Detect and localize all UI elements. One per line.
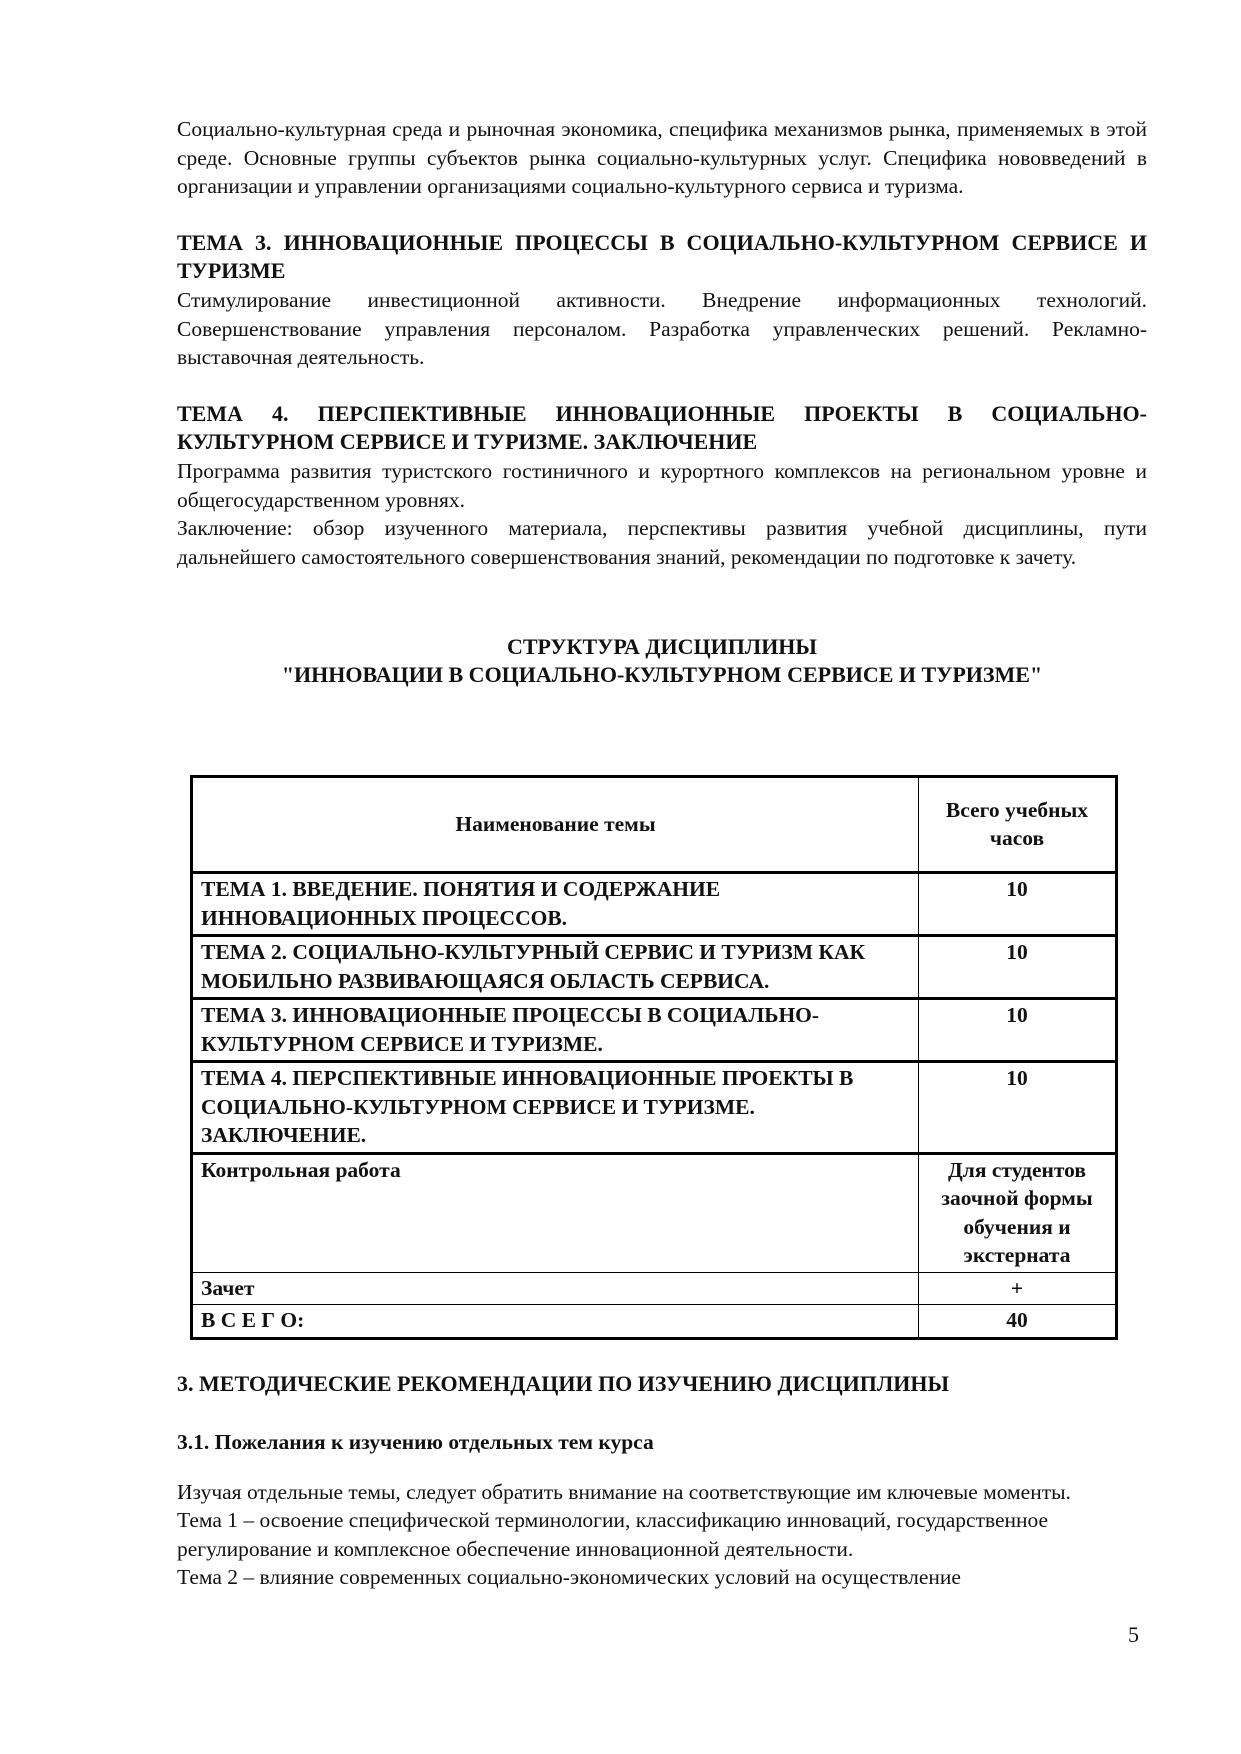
table-row: ТЕМА 3. ИННОВАЦИОННЫЕ ПРОЦЕССЫ В СОЦИАЛЬ… <box>192 999 1117 1062</box>
row-hours: 40 <box>919 1305 1117 1339</box>
row-hours: 10 <box>919 873 1117 936</box>
topic-4-paragraph: Программа развития туристского гостиничн… <box>177 457 1147 514</box>
row-hours: 10 <box>919 999 1117 1062</box>
structure-title-line2: "ИННОВАЦИИ В СОЦИАЛЬНО-КУЛЬТУРНОМ СЕРВИС… <box>177 661 1147 689</box>
table-row: ТЕМА 1. ВВЕДЕНИЕ. ПОНЯТИЯ И СОДЕРЖАНИЕ И… <box>192 873 1117 936</box>
row-hours: + <box>919 1272 1117 1305</box>
row-topic-name: ТЕМА 1. ВВЕДЕНИЕ. ПОНЯТИЯ И СОДЕРЖАНИЕ И… <box>192 873 919 936</box>
topic-4-block: ТЕМА 4. ПЕРСПЕКТИВНЫЕ ИННОВАЦИОННЫЕ ПРОЕ… <box>177 400 1147 572</box>
intro-paragraph: Социально-культурная среда и рыночная эк… <box>177 115 1147 201</box>
header-topic-name: Наименование темы <box>192 777 919 873</box>
table-row-total: В С Е Г О: 40 <box>192 1305 1117 1339</box>
row-topic-name: Зачет <box>192 1272 919 1305</box>
structure-title-line1: СТРУКТУРА ДИСЦИПЛИНЫ <box>177 633 1147 661</box>
discipline-structure-table: Наименование темы Всего учебных часов ТЕ… <box>190 775 1118 1340</box>
table-row: ТЕМА 4. ПЕРСПЕКТИВНЫЕ ИННОВАЦИОННЫЕ ПРОЕ… <box>192 1062 1117 1154</box>
header-hours: Всего учебных часов <box>919 777 1117 873</box>
subsection-3-1-heading: 3.1. Пожелания к изучению отдельных тем … <box>177 1428 1147 1456</box>
page-number: 5 <box>1128 1622 1139 1648</box>
section-3-paragraph: Тема 1 – освоение специфической терминол… <box>177 1506 1147 1563</box>
row-hours: 10 <box>919 936 1117 999</box>
section-3-heading: 3. МЕТОДИЧЕСКИЕ РЕКОМЕНДАЦИИ ПО ИЗУЧЕНИЮ… <box>177 1370 1147 1398</box>
row-topic-name: ТЕМА 3. ИННОВАЦИОННЫЕ ПРОЦЕССЫ В СОЦИАЛЬ… <box>192 999 919 1062</box>
topic-4-heading: ТЕМА 4. ПЕРСПЕКТИВНЫЕ ИННОВАЦИОННЫЕ ПРОЕ… <box>177 400 1147 457</box>
section-3-paragraph: Изучая отдельные темы, следует обратить … <box>177 1478 1147 1507</box>
row-topic-name: В С Е Г О: <box>192 1305 919 1339</box>
row-hours: 10 <box>919 1062 1117 1154</box>
topic-3-block: ТЕМА 3. ИННОВАЦИОННЫЕ ПРОЦЕССЫ В СОЦИАЛЬ… <box>177 229 1147 372</box>
topic-3-heading: ТЕМА 3. ИННОВАЦИОННЫЕ ПРОЦЕССЫ В СОЦИАЛЬ… <box>177 229 1147 286</box>
section-3: 3. МЕТОДИЧЕСКИЕ РЕКОМЕНДАЦИИ ПО ИЗУЧЕНИЮ… <box>177 1370 1147 1592</box>
table-row: Контрольная работа Для студентов заочной… <box>192 1153 1117 1272</box>
row-hours: Для студентов заочной формы обучения и э… <box>919 1153 1117 1272</box>
row-topic-name: ТЕМА 2. СОЦИАЛЬНО-КУЛЬТУРНЫЙ СЕРВИС И ТУ… <box>192 936 919 999</box>
table-header-row: Наименование темы Всего учебных часов <box>192 777 1117 873</box>
row-topic-name: Контрольная работа <box>192 1153 919 1272</box>
structure-title: СТРУКТУРА ДИСЦИПЛИНЫ "ИННОВАЦИИ В СОЦИАЛ… <box>177 633 1147 689</box>
section-3-paragraph: Тема 2 – влияние современных социально-э… <box>177 1563 1147 1592</box>
table-row: Зачет + <box>192 1272 1117 1305</box>
page-content: Социально-культурная среда и рыночная эк… <box>177 115 1147 689</box>
conclusion-paragraph: Заключение: обзор изученного материала, … <box>177 514 1147 571</box>
topic-3-paragraph: Стимулирование инвестиционной активности… <box>177 286 1147 372</box>
table-row: ТЕМА 2. СОЦИАЛЬНО-КУЛЬТУРНЫЙ СЕРВИС И ТУ… <box>192 936 1117 999</box>
row-topic-name: ТЕМА 4. ПЕРСПЕКТИВНЫЕ ИННОВАЦИОННЫЕ ПРОЕ… <box>192 1062 919 1154</box>
